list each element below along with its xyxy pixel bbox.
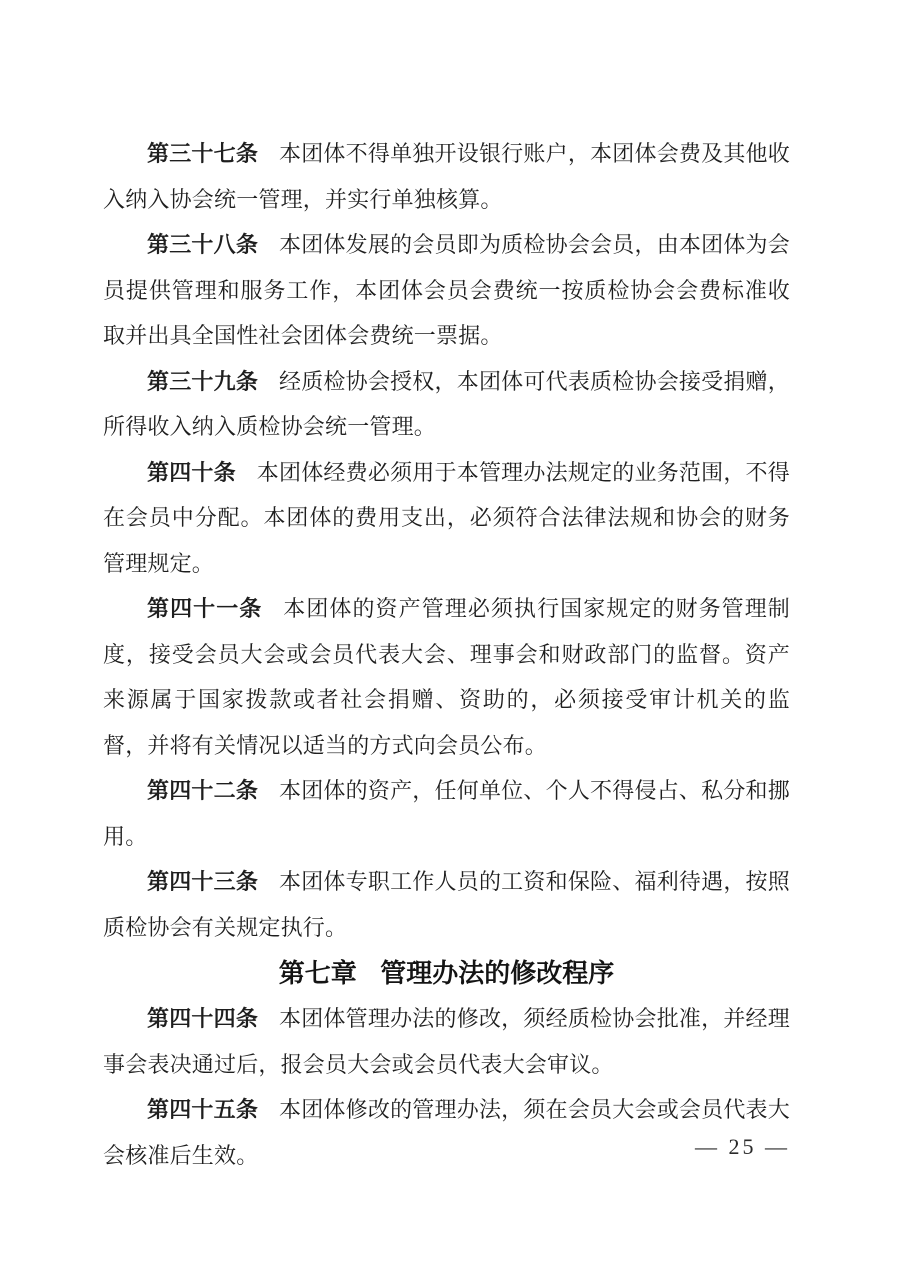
chapter-title: 管理办法的修改程序 bbox=[380, 958, 614, 988]
chapter-number: 第七章 bbox=[279, 958, 357, 988]
article-paragraph-38: 第三十八条本团体发展的会员即为质检协会会员，由本团体为会员提供管理和服务工作，本… bbox=[103, 222, 790, 359]
article-paragraph-39: 第三十九条经质检协会授权，本团体可代表质检协会接受捐赠，所得收入纳入质检协会统一… bbox=[103, 359, 790, 450]
article-paragraph-40: 第四十条本团体经费必须用于本管理办法规定的业务范围，不得在会员中分配。本团体的费… bbox=[103, 450, 790, 587]
article-number: 第四十一条 bbox=[147, 596, 283, 621]
article-paragraph-42: 第四十二条本团体的资产，任何单位、个人不得侵占、私分和挪用。 bbox=[103, 768, 790, 859]
article-number: 第四十四条 bbox=[147, 1006, 279, 1031]
article-number: 第四十五条 bbox=[147, 1097, 279, 1122]
article-number: 第三十七条 bbox=[147, 141, 279, 166]
chapter-heading: 第七章管理办法的修改程序 bbox=[103, 950, 790, 996]
article-number: 第四十二条 bbox=[147, 778, 279, 803]
article-paragraph-43: 第四十三条本团体专职工作人员的工资和保险、福利待遇，按照质检协会有关规定执行。 bbox=[103, 859, 790, 950]
article-paragraph-44: 第四十四条本团体管理办法的修改，须经质检协会批准，并经理事会表决通过后，报会员大… bbox=[103, 996, 790, 1087]
article-number: 第四十三条 bbox=[147, 869, 279, 894]
article-paragraph-45: 第四十五条本团体修改的管理办法，须在会员大会或会员代表大会核准后生效。 bbox=[103, 1087, 790, 1178]
document-page: 第三十七条本团体不得单独开设银行账户，本团体会费及其他收入纳入协会统一管理，并实… bbox=[0, 0, 900, 1273]
article-paragraph-41: 第四十一条本团体的资产管理必须执行国家规定的财务管理制度，接受会员大会或会员代表… bbox=[103, 586, 790, 768]
article-number: 第三十八条 bbox=[147, 232, 279, 257]
article-paragraph-37: 第三十七条本团体不得单独开设银行账户，本团体会费及其他收入纳入协会统一管理，并实… bbox=[103, 131, 790, 222]
document-body: 第三十七条本团体不得单独开设银行账户，本团体会费及其他收入纳入协会统一管理，并实… bbox=[103, 131, 790, 1178]
article-number: 第三十九条 bbox=[147, 369, 279, 394]
page-number: — 25 — bbox=[695, 1134, 790, 1160]
article-number: 第四十条 bbox=[147, 460, 257, 485]
